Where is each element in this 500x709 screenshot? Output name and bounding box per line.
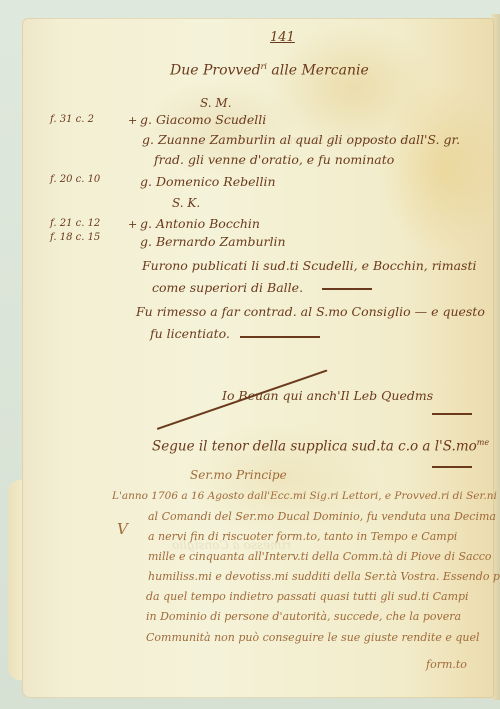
petition-heading-text: Segue il tenor della supplica sud.ta c.o… — [152, 439, 477, 455]
margin-mark: V — [117, 520, 128, 538]
ink-rule — [322, 288, 372, 290]
petition-heading: Segue il tenor della supplica sud.ta c.o… — [152, 438, 489, 455]
ink-rule — [240, 336, 320, 338]
petition-line: a nervi fin di riscuoter form.to, tanto … — [148, 530, 457, 543]
page-heading: Due Provvedri alle Mercanie — [170, 62, 369, 79]
resolution-line: Furono publicati li sud.ti Scudelli, e B… — [142, 258, 476, 273]
heading-text: Due Provved — [170, 63, 261, 79]
referral-line: Fu rimesso a far contrad. al S.mo Consig… — [136, 304, 485, 319]
petition-line: L'anno 1706 a 16 Agosto dall'Ecc.mi Sig.… — [112, 490, 500, 502]
petition-line: Communità non può conseguire le sue gius… — [146, 631, 480, 644]
closing-note: Io Beuan qui anch'Il Leb Quedms — [222, 388, 433, 403]
entry-line: frad. gli venne d'oratio, e fu nominato — [154, 152, 394, 167]
petition-line: humiliss.mi e devotiss.mi sudditi della … — [148, 570, 500, 583]
cross-mark: + — [128, 218, 137, 231]
petition-line: form.to — [426, 658, 467, 671]
margin-note: f. 31 c. 2 — [50, 114, 94, 125]
entry-line: g. Antonio Bocchin — [140, 216, 260, 231]
petition-line: al Comandi del Ser.mo Ducal Dominio, fu … — [148, 510, 496, 523]
ink-rule — [432, 413, 472, 415]
petition-line: da quel tempo indietro passati quasi tut… — [146, 590, 469, 603]
entry-line: g. Giacomo Scudelli — [140, 112, 266, 127]
manuscript-page: ad i proved. di Ser.mo rimesso a Consigl… — [22, 18, 494, 698]
margin-note: f. 20 c. 10 — [50, 174, 100, 185]
resolution-line: come superiori di Balle. — [152, 280, 303, 295]
entry-line: g. Zuanne Zamburlin al qual gli opposto … — [142, 132, 460, 147]
petition-line: mille e cinquanta all'Interv.ti della Co… — [148, 550, 492, 563]
heading-rest: alle Mercanie — [267, 63, 369, 79]
petition-heading-sup: me — [477, 438, 489, 447]
petition-line: in Dominio di persone d'autorità, succed… — [146, 610, 461, 623]
entry-line: g. Domenico Rebellin — [140, 174, 276, 189]
section-label: S. M. — [200, 96, 232, 110]
referral-line: fu licentiato. — [150, 326, 230, 341]
ink-rule — [432, 466, 472, 468]
margin-ref: f. 31 c. 2 — [50, 114, 94, 125]
folio-number: 141 — [270, 30, 295, 45]
section-label: S. K. — [172, 196, 200, 210]
margin-note: f. 18 c. 15 — [50, 232, 100, 243]
entry-line: g. Bernardo Zamburlin — [140, 234, 286, 249]
salutation: Ser.mo Principe — [190, 468, 287, 482]
cross-mark: + — [128, 114, 137, 127]
margin-note: f. 21 c. 12 — [50, 218, 100, 229]
